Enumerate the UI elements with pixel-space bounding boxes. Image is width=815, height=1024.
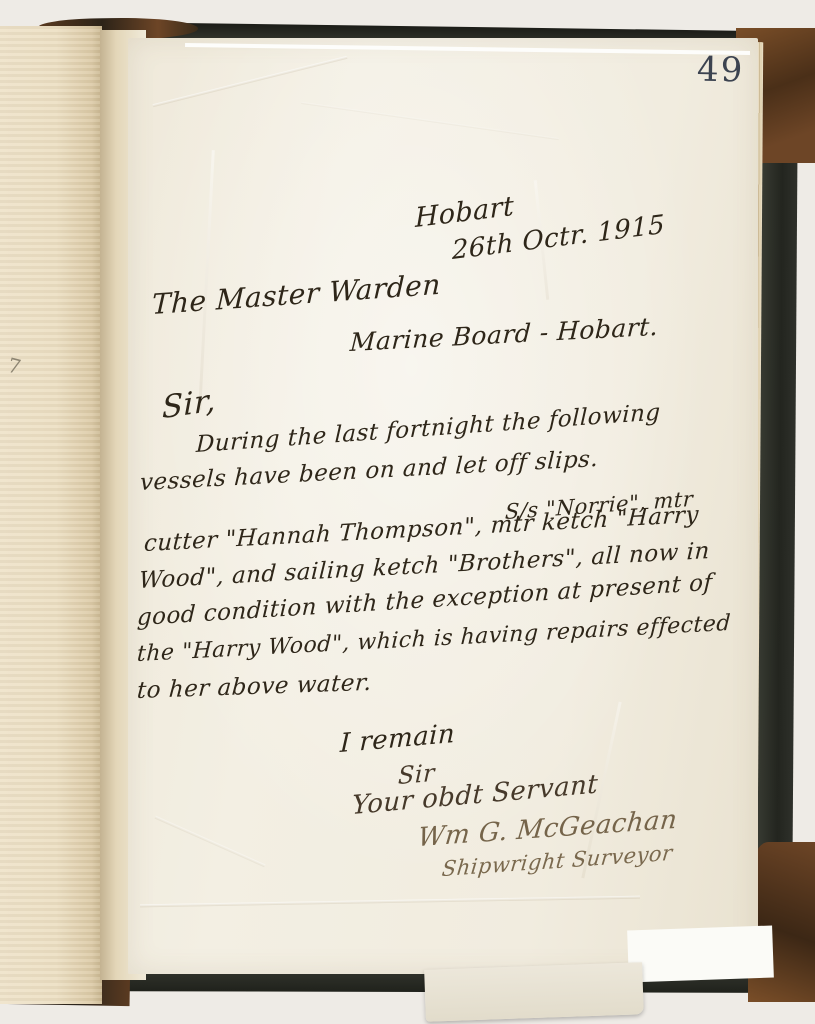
tissue-flap-bottom [424,962,644,1022]
left-page-fore-edge [0,26,102,1004]
salutation: Sir, [162,382,216,426]
scanned-letterbook-page: 49 7 Hobart 26th Octr. 1915 The Master W… [0,0,815,1024]
loose-sheet-corner-bottom-right [627,925,774,982]
folio-page-number: 49 [697,50,745,91]
